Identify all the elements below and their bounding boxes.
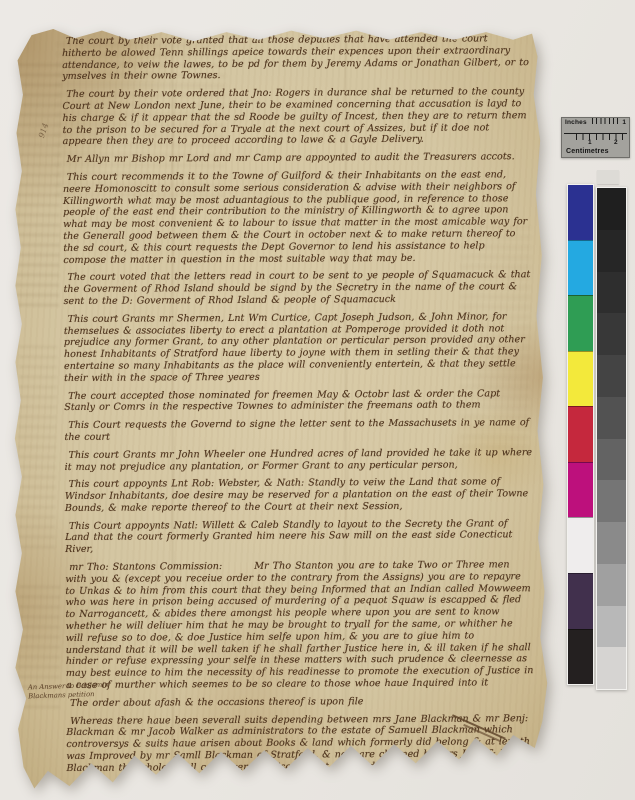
photo-background: { "photo": { "background_color": "#e9e6e… <box>0 0 635 800</box>
grayscale-step <box>597 480 626 522</box>
ms-paragraph-8: This Court requests the Governd to signe… <box>64 417 532 443</box>
ms-paragraph-6: This court Grants mr Shermen, Lnt Wm Cur… <box>64 311 532 385</box>
ms-paragraph-5: The court voted that the letters read in… <box>63 269 531 307</box>
grayscale-step <box>597 647 626 689</box>
inch-ticks <box>592 118 621 124</box>
white-patch <box>568 517 593 573</box>
ms-paragraph-14: Whereas there haue been severall suits d… <box>66 713 534 775</box>
ms-paragraph-11: This Court appoynts Natl: Willett & Cale… <box>65 518 533 556</box>
ms-paragraph-10: This court appoynts Lnt Rob: Webster, & … <box>65 476 533 514</box>
grayscale-step <box>597 313 626 355</box>
ruler-card: Inches 1 1 2 Centimetres <box>561 117 630 158</box>
commission-body: Mr Tho Stanton you are to take Two or Th… <box>65 559 533 691</box>
strip-mount-tab <box>597 170 619 184</box>
inch-numeral-1: 1 <box>622 119 626 126</box>
yellow-patch <box>568 351 593 407</box>
green-patch <box>568 295 593 351</box>
grayscale-step <box>597 272 626 314</box>
grayscale-step <box>597 188 626 230</box>
ms-paragraph-3: Mr Allyn mr Bishop mr Lord and mr Camp a… <box>63 151 531 166</box>
bleedthrough-left-top <box>15 64 61 314</box>
paper-sheet: 914 The court by their vote granted that… <box>10 26 551 790</box>
grayscale-step <box>597 606 626 648</box>
magenta-patch <box>568 462 593 518</box>
red-patch <box>568 406 593 462</box>
ms-paragraph-13: The order about afash & the occasions th… <box>66 695 534 710</box>
grayscale-step <box>597 522 626 564</box>
color-calibration-strip <box>567 184 594 685</box>
ms-paragraph-2: The court by their vote ordered that Jno… <box>62 86 530 148</box>
commission-heading: mr Tho: Stantons Commission: <box>69 561 222 573</box>
black-patch <box>568 629 593 685</box>
centimetres-label: Centimetres <box>566 148 609 155</box>
cm-numeral-1: 1 <box>588 139 592 146</box>
cyan-patch <box>568 240 593 296</box>
ms-paragraph-4: This court recommends it to the Towne of… <box>63 169 532 266</box>
bleedthrough-left-mid <box>17 346 57 556</box>
grayscale-step <box>597 355 626 397</box>
manuscript-page: 914 The court by their vote granted that… <box>10 26 551 790</box>
ms-paragraph-7: The court accepted those nominated for f… <box>64 388 532 414</box>
grayscale-calibration-strip <box>596 187 627 690</box>
cm-numeral-2: 2 <box>614 139 618 146</box>
dark-purple-patch <box>568 573 593 629</box>
margin-note-answer: An Answer to Benjamin Blackmans petition <box>28 681 111 701</box>
grayscale-step <box>597 230 626 272</box>
ms-paragraph-1: The court by their vote granted that all… <box>62 33 530 83</box>
inches-label: Inches <box>565 119 587 126</box>
ms-paragraph-12: mr Tho: Stantons Commission: Mr Tho Stan… <box>65 559 534 692</box>
grayscale-step <box>597 397 626 439</box>
grayscale-step <box>597 564 626 606</box>
manuscript-text: The court by their vote granted that all… <box>62 33 535 780</box>
grayscale-step <box>597 439 626 481</box>
ms-paragraph-9: This court Grants mr John Wheeler one Hu… <box>65 447 533 473</box>
blue-patch <box>568 185 593 240</box>
